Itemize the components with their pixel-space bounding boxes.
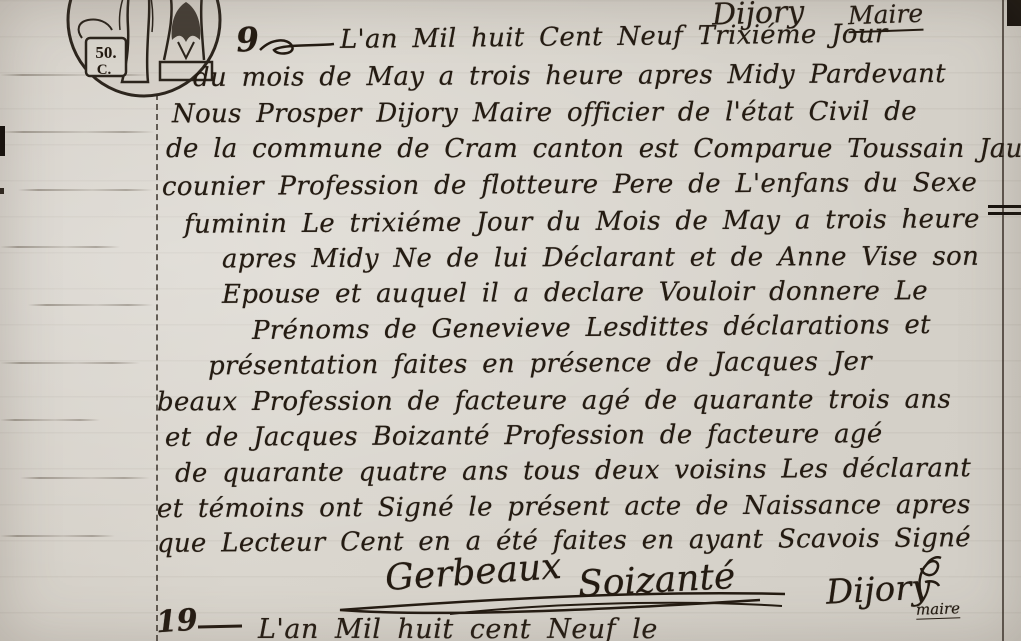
binding-mark bbox=[0, 126, 5, 156]
binding-mark-small bbox=[0, 188, 4, 194]
next-record-line: L'an Mil huit cent Neuf le bbox=[258, 614, 658, 641]
record-number: 9 bbox=[235, 19, 261, 60]
manuscript-line: beaux Profession de facteure agé de quar… bbox=[157, 385, 951, 418]
edge-tally-mark bbox=[988, 205, 1021, 208]
manuscript-line: du mois de May a trois heure apres Midy … bbox=[193, 59, 946, 93]
manuscript-line: Nous Prosper Dijory Maire officier de l'… bbox=[172, 97, 917, 130]
signature-mayor-title: maire bbox=[916, 599, 961, 620]
revenue-stamp-icon: 50. C. bbox=[52, 0, 244, 110]
manuscript-line: présentation faites en présence de Jacqu… bbox=[208, 347, 872, 382]
manuscript-line: apres Midy Ne de lui Déclarant et de Ann… bbox=[222, 242, 979, 275]
manuscript-line: et témoins ont Signé le présent acte de … bbox=[157, 490, 971, 524]
manuscript-line: de la commune de Cram canton est Comparu… bbox=[166, 134, 1021, 164]
manuscript-line: que Lecteur Cent en a été faites en ayan… bbox=[157, 523, 971, 559]
manuscript-page: 50. C. Dijory Maire 9 L'an Mil huit Cent… bbox=[0, 0, 1021, 641]
paper-streak bbox=[20, 477, 150, 479]
record-number-flourish bbox=[258, 36, 336, 58]
paper-streak bbox=[0, 419, 100, 421]
paper-streak bbox=[0, 131, 155, 133]
paper-streak bbox=[0, 535, 115, 537]
next-record-number: 19 bbox=[155, 603, 199, 641]
paper-streak bbox=[0, 246, 120, 248]
manuscript-line: L'an Mil huit Cent Neuf Trixiéme Jour bbox=[340, 19, 888, 55]
svg-text:C.: C. bbox=[97, 62, 112, 78]
ink-blot-corner bbox=[1007, 0, 1021, 26]
manuscript-line: counier Profession de flotteure Pere de … bbox=[162, 168, 977, 202]
manuscript-line: et de Jacques Boizanté Profession de fac… bbox=[165, 419, 883, 453]
manuscript-line: Prénoms de Genevieve Lesdittes déclarati… bbox=[252, 310, 931, 346]
manuscript-line: Epouse et auquel il a declare Vouloir do… bbox=[222, 276, 928, 310]
next-record-dash bbox=[196, 622, 246, 632]
paper-streak bbox=[0, 362, 140, 364]
paper-streak bbox=[28, 304, 153, 306]
paper-streak bbox=[18, 189, 153, 191]
right-page-rule bbox=[1002, 0, 1004, 641]
manuscript-line: fuminin Le trixiéme Jour du Mois de May … bbox=[184, 204, 980, 240]
left-margin-rule bbox=[156, 94, 158, 641]
mayor-paraph bbox=[903, 556, 945, 602]
manuscript-line: de quarante quatre ans tous deux voisins… bbox=[175, 453, 971, 489]
svg-text:50.: 50. bbox=[95, 43, 116, 62]
